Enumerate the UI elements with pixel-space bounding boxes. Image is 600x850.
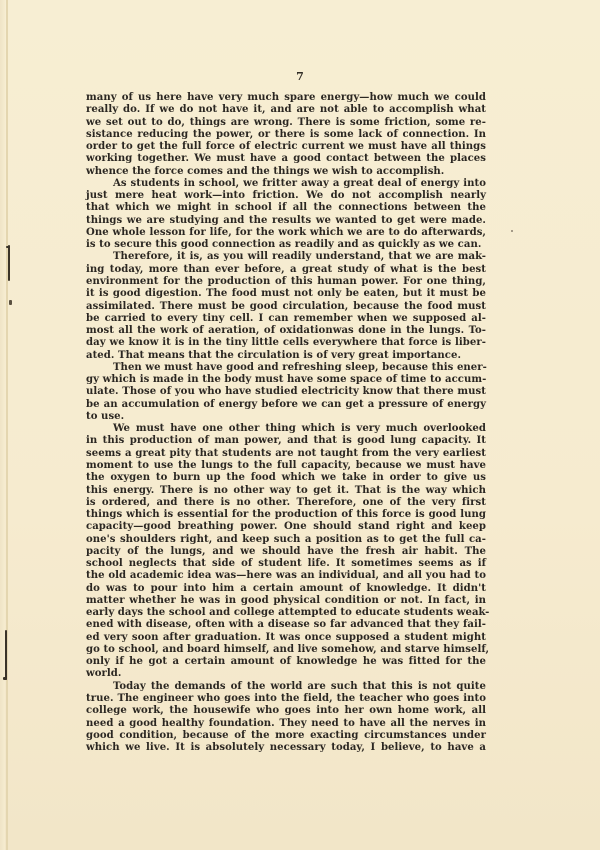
text-line: One whole lesson for life, for the work … (86, 227, 486, 239)
text-line: Today the demands of the world are such … (86, 681, 486, 693)
text-line: we set out to do, things are wrong. Ther… (86, 117, 486, 129)
text-line: seems a great pity that students are not… (86, 448, 486, 460)
text-line: only if he got a certain amount of knowl… (86, 656, 486, 668)
text-line: whence the force comes and the things we… (86, 166, 486, 178)
paragraph: As students in school, we fritter away a… (86, 178, 486, 252)
text-line: ulate. Those of you who have studied ele… (86, 386, 486, 398)
body-text: many of us here have very much spare ene… (86, 92, 486, 754)
text-line: moment to use the lungs to the full capa… (86, 460, 486, 472)
text-line: things we are studying and the results w… (86, 215, 486, 227)
paragraph: Therefore, it is, as you will readily un… (86, 251, 486, 361)
text-line: that which we might in school if all the… (86, 202, 486, 214)
text-line: need a good healthy foundation. They nee… (86, 718, 486, 730)
text-line: is to secure this good connection as rea… (86, 239, 486, 251)
page-binding-shadow (0, 0, 5, 850)
text-line: Then we must have good and refreshing sl… (86, 362, 486, 374)
text-line: matter whether he was in good physical c… (86, 595, 486, 607)
binding-mark-upper (8, 245, 10, 281)
text-line: is ordered, and there is no other. There… (86, 497, 486, 509)
binding-mark-upper-small (9, 300, 12, 305)
text-line: the oxygen to burn up the food which we … (86, 472, 486, 484)
text-line: ated. That means that the circulation is… (86, 350, 486, 362)
text-line: sistance reducing the power, or there is… (86, 129, 486, 141)
text-line: early days the school and college attemp… (86, 607, 486, 619)
text-line: college work, the housewife who goes int… (86, 705, 486, 717)
text-line: things which is essential for the produc… (86, 509, 486, 521)
text-line: do was to pour into him a certain amount… (86, 583, 486, 595)
paragraph: We must have one other thing which is ve… (86, 423, 486, 681)
text-line: ing today, more than ever before, a grea… (86, 264, 486, 276)
page-binding-edge (6, 0, 8, 850)
paragraph: Then we must have good and refreshing sl… (86, 362, 486, 423)
text-line: really do. If we do not have it, and are… (86, 104, 486, 116)
text-line: it is good digestion. The food must not … (86, 288, 486, 300)
text-line: the old academic idea was—here was an in… (86, 570, 486, 582)
text-line: this energy. There is no other way to ge… (86, 485, 486, 497)
text-line: be an accumulation of energy before we c… (86, 399, 486, 411)
text-line: in this production of man power, and tha… (86, 435, 486, 447)
text-line: pacity of the lungs, and we should have … (86, 546, 486, 558)
text-line: good condition, because of the more exac… (86, 730, 486, 742)
text-line: many of us here have very much spare ene… (86, 92, 486, 104)
page-number: 7 (0, 70, 600, 83)
text-line: assimilated. There must be good circulat… (86, 301, 486, 313)
text-line: working together. We must have a good co… (86, 153, 486, 165)
text-line: environment for the production of this h… (86, 276, 486, 288)
text-line: capacity—good breathing power. One shoul… (86, 521, 486, 533)
paragraph: many of us here have very much spare ene… (86, 92, 486, 178)
text-line: gy which is made in the body must have s… (86, 374, 486, 386)
paragraph: Today the demands of the world are such … (86, 681, 486, 755)
text-line: order to get the full force of electric … (86, 141, 486, 153)
text-line: true. The engineer who goes into the fie… (86, 693, 486, 705)
text-line: ed very soon after graduation. It was on… (86, 632, 486, 644)
text-line: day we know it is in the tiny little cel… (86, 337, 486, 349)
binding-mark-lower-tick (3, 677, 7, 680)
text-line: which we live. It is absolutely necessar… (86, 742, 486, 754)
text-line: Therefore, it is, as you will readily un… (86, 251, 486, 263)
text-line: world. (86, 668, 486, 680)
scanned-page: 7 many of us here have very much spare e… (0, 0, 600, 850)
text-line: one's shoulders right, and keep such a p… (86, 534, 486, 546)
text-line: go to school, and board himself, and liv… (86, 644, 486, 656)
text-line: just mere heat work—into friction. We do… (86, 190, 486, 202)
binding-mark-lower (5, 630, 7, 680)
text-line: most all the work of aeration, of oxidat… (86, 325, 486, 337)
text-line: to use. (86, 411, 486, 423)
stray-mark (511, 230, 513, 232)
text-line: school neglects that side of student lif… (86, 558, 486, 570)
binding-mark-upper-tick (6, 246, 10, 248)
text-line: ened with disease, often with a disease … (86, 619, 486, 631)
text-line: We must have one other thing which is ve… (86, 423, 486, 435)
text-line: be carried to every tiny cell. I can rem… (86, 313, 486, 325)
text-line: As students in school, we fritter away a… (86, 178, 486, 190)
